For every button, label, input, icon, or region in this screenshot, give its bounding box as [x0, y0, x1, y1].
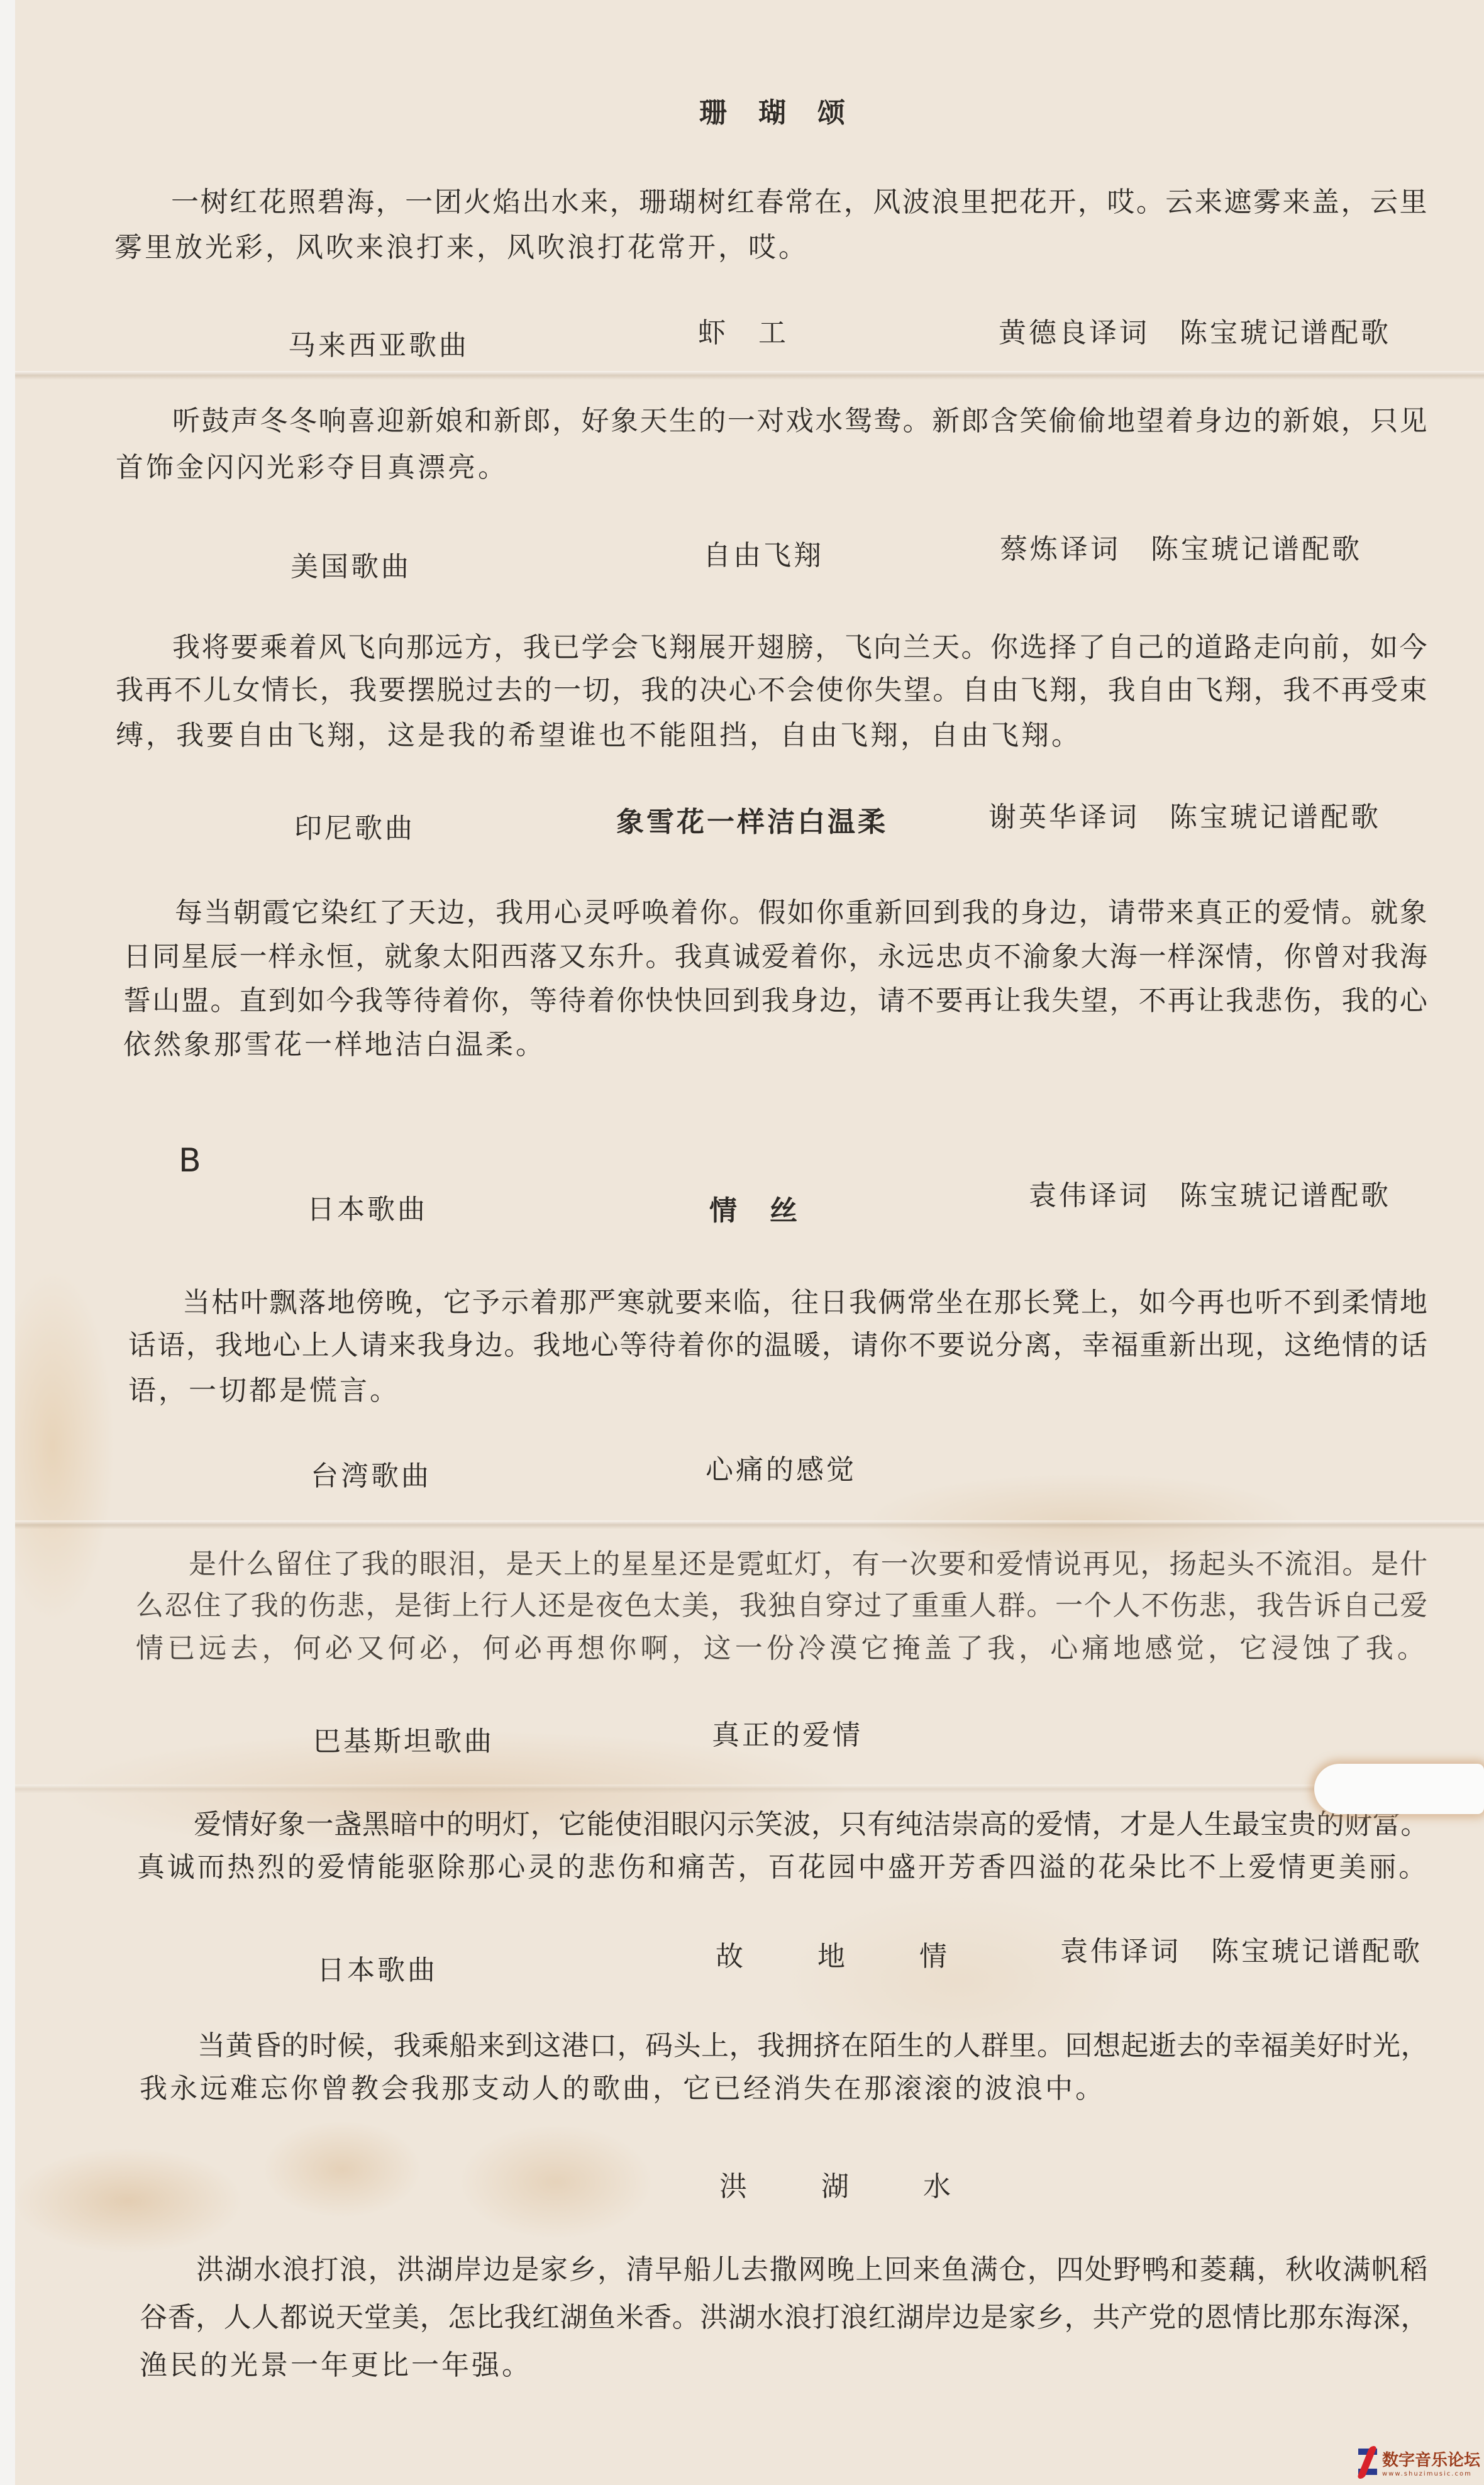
site-watermark: 数字音乐论坛 www.shuzimusic.com [1358, 2440, 1484, 2485]
lyrics-line: 语，一切都是慌言。 [128, 1377, 400, 1405]
lyrics-line: 话语，我地心上人请来我身边。我地心等待着你的温暖，请你不要说分离，幸福重新出现，… [128, 1332, 1429, 1359]
song-credits: 蔡炼译词 陈宝琥记谱配歌 [1000, 536, 1362, 563]
lyrics-line: 一树红花照碧海，一团火焰出水来，珊瑚树红春常在，风波浪里把花开，哎。云来遮雾来盖… [171, 189, 1429, 216]
song-origin: 日本歌曲 [317, 1957, 438, 1984]
song-origin: 台湾歌曲 [311, 1463, 431, 1490]
lyrics-line: 每当朝霞它染红了天边，我用心灵呼唤着你。假如你重新回到我的身边，请带来真正的爱情… [175, 899, 1429, 927]
shuzimusic-logo-icon [1358, 2446, 1380, 2479]
lyrics-line: 当枯叶飘落地傍晚，它予示着那严寒就要来临，往日我俩常坐在那长凳上，如今再也听不到… [182, 1289, 1429, 1317]
lyrics-line: 誓山盟。直到如今我等待着你，等待着你快快回到我身边，请不要再让我失望，不再让我悲… [123, 987, 1429, 1015]
lyrics-line: 是什么留住了我的眼泪，是天上的星星还是霓虹灯，有一次要和爱情说再见，扬起头不流泪… [189, 1551, 1429, 1578]
lyrics-line: 洪湖水浪打浪，洪湖岸边是家乡，清早船儿去撒网晚上回来鱼满仓，四处野鸭和菱藕，秋收… [196, 2256, 1429, 2284]
song-credits: 黄德良译词 陈宝琥记谱配歌 [999, 319, 1391, 347]
song-origin: 美国歌曲 [291, 553, 411, 581]
song-title: 象雪花一样洁白温柔 [616, 809, 888, 836]
fold-crease [15, 1785, 1484, 1793]
song-title: 自由飞翔 [703, 542, 824, 570]
song-title: 虾 工 [698, 319, 789, 347]
lyrics-line: 当黄昏的时候，我乘船来到这港口，码头上，我拥挤在陌生的人群里。回想起逝去的幸福美… [197, 2032, 1429, 2060]
song-title: 情 丝 [709, 1197, 800, 1225]
lyrics-line: 渔民的光景一年更比一年强。 [140, 2352, 532, 2379]
lyrics-line: 听鼓声冬冬响喜迎新娘和新郎，好象天生的一对戏水鸳鸯。新郎含笑偷偷地望着身边的新娘… [172, 407, 1429, 435]
song-credits: 谢英华译词 陈宝琥记谱配歌 [988, 804, 1381, 831]
song-origin: 印尼歌曲 [294, 815, 415, 843]
song-origin: 巴基斯坦歌曲 [313, 1728, 494, 1756]
song-credits: 袁伟译词 陈宝琥记谱配歌 [1060, 1938, 1422, 1966]
song-credits: 袁伟译词 陈宝琥记谱配歌 [1029, 1182, 1391, 1210]
lyrics-line: 真诚而热烈的爱情能驱除那心灵的悲伤和痛苦，百花园中盛开芳香四溢的花朵比不上爱情更… [137, 1854, 1429, 1881]
song-origin: 马来西亚歌曲 [288, 332, 469, 360]
song-title: 珊瑚颂 [699, 99, 877, 127]
section-mark: B [179, 1144, 204, 1177]
lyrics-line: 情已远去，何必又何必，何必再想你啊，这一份冷漠它掩盖了我，心痛地感觉，它浸蚀了我… [136, 1635, 1429, 1663]
lyrics-line: 么忍住了我的伤悲，是街上行人还是夜色太美，我独自穿过了重重人群。一个人不伤悲，我… [136, 1592, 1429, 1620]
lyrics-line: 我永远难忘你曾教会我那支动人的歌曲，它已经消失在那滚滚的波浪中。 [140, 2075, 1105, 2103]
fold-crease [15, 371, 1484, 380]
watermark-name: 数字音乐论坛 [1382, 2447, 1480, 2471]
song-title: 心痛的感觉 [706, 1456, 856, 1484]
song-title: 故 地 情 [716, 1943, 980, 1971]
lyrics-line: 日同星辰一样永恒，就象太阳西落又东升。我真诚爱着你，永远忠贞不渝象大海一样深情，… [123, 943, 1429, 971]
song-title: 真正的爱情 [712, 1722, 863, 1749]
lyrics-line: 爱情好象一盏黑暗中的明灯，它能使泪眼闪示笑波，只有纯洁崇高的爱情，才是人生最宝贵… [194, 1811, 1429, 1839]
lyrics-line: 依然象那雪花一样地洁白温柔。 [123, 1031, 546, 1059]
song-origin: 日本歌曲 [307, 1196, 428, 1224]
lyrics-line: 谷香，人人都说天堂美，怎比我红湖鱼米香。洪湖水浪打浪红湖岸边是家乡，共产党的恩情… [140, 2304, 1429, 2332]
watermark-url: www.shuzimusic.com [1382, 2471, 1480, 2477]
paper-tear [1314, 1764, 1484, 1814]
lyrics-line: 我再不儿女情长，我要摆脱过去的一切，我的决心不会使你失望。自由飞翔，我自由飞翔，… [116, 677, 1429, 704]
song-title: 洪 湖 水 [719, 2173, 983, 2201]
fold-crease [15, 1520, 1484, 1529]
lyrics-line: 我将要乘着风飞向那远方，我已学会飞翔展开翅膀，飞向兰天。你选择了自己的道路走向前… [172, 634, 1429, 661]
lyrics-line: 雾里放光彩，风吹来浪打来，风吹浪打花常开，哎。 [114, 234, 809, 262]
lyrics-line: 首饰金闪闪光彩夺目真漂亮。 [116, 454, 508, 482]
lyrics-line: 缚，我要自由飞翔，这是我的希望谁也不能阻挡，自由飞翔，自由飞翔。 [116, 722, 1082, 750]
